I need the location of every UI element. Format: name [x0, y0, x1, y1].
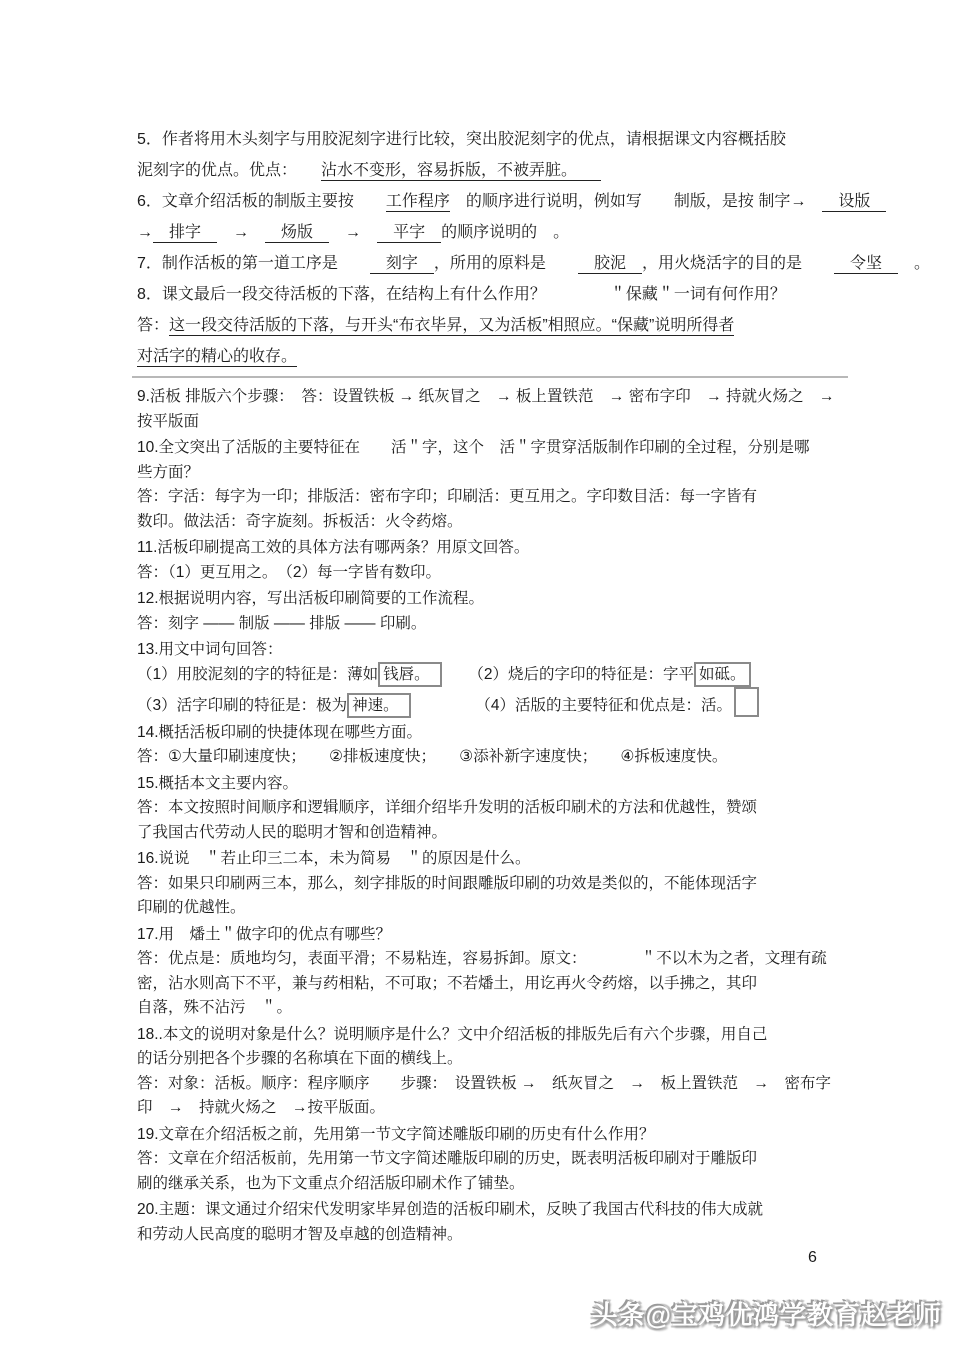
text-line: 答：文章在介绍活板前，先用第一节文字简述雕版印刷的历史，既表明活板印刷对于雕版印	[137, 1147, 849, 1172]
text-line: 印刷的优越性。	[137, 896, 849, 921]
text-line: （3）活字印刷的特征是：极为神速。 （4）活版的主要特征和优点是：活。	[137, 687, 849, 719]
text-line: → 排字 → 炀版 → 平字 的顺序说明的 。	[137, 217, 849, 248]
text-line: 答：这一段交待活版的下落，与开头“布衣毕昇，又为活板”相照应。“保藏”说明所得者	[137, 310, 849, 341]
text-run: 泥刻字的优点。优点：	[137, 162, 321, 179]
text-line: 5．作者将用木头刻字与用胶泥刻字进行比较，突出胶泥刻字的优点，请根据课文内容概括…	[137, 124, 849, 155]
text-run: 7．制作活板的第一道工序是	[137, 255, 370, 272]
text-run: 8．课文最后一段交待活板的下落，在结构上有什么作用？ ＂保藏＂一词有何作用？	[137, 286, 786, 303]
text-run: 15.概括本文主要内容。	[137, 775, 298, 792]
text-line: 的话分别把各个步骤的名称填在下面的横线上。	[137, 1047, 849, 1072]
text-line: 答：①大量印刷速度快； ②排板速度快； ③添补新字速度快； ④拆板速度快。	[137, 745, 849, 770]
text-line: 17.用 燔土＂做字印的优点有哪些？	[137, 923, 849, 948]
text-line: 16.说说 ＂若止印三二本，未为简易 ＂的原因是什么。	[137, 847, 849, 872]
text-run: 答：①大量印刷速度快； ②排板速度快； ③添补新字速度快； ④拆板速度快。	[137, 748, 727, 765]
text-run: 答：优点是：质地均匀，表面平滑；不易粘连，容易拆卸。原文： ＂不以木为之者，文理…	[137, 950, 827, 967]
text-line: 密，沾水则高下不平，兼与药相粘，不可取；不若燔土，用讫再火令药熔，以手拂之，其印	[137, 972, 849, 997]
text-run: 18..本文的说明对象是什么？说明顺序是什么？文中介绍活板的排版先后有六个步骤，…	[137, 1026, 767, 1043]
text-run: 的顺序说明的 。	[441, 224, 569, 241]
text-run: 14.概括活板印刷的快捷体现在哪些方面。	[137, 724, 422, 741]
underlined-answer: 对活字的精心的收存。	[137, 348, 297, 367]
boxed-answer: 如砥。	[694, 662, 751, 687]
text-run: 按平版面	[137, 413, 199, 430]
text-run: 密，沾水则高下不平，兼与药相粘，不可取；不若燔土，用讫再火令药熔，以手拂之，其印	[137, 975, 757, 992]
text-line: 18..本文的说明对象是什么？说明顺序是什么？文中介绍活板的排版先后有六个步骤，…	[137, 1023, 849, 1048]
text-run: 11.活板印刷提高工效的具体方法有哪两条？用原文回答。	[137, 539, 529, 556]
text-line: 了我国古代劳动人民的聪明才智和创造精神。	[137, 821, 849, 846]
text-run: 印 → 持就火炀之 →按平版面。	[137, 1099, 385, 1116]
text-run: 数印。做法活：奇字旋刻。拆板活：火令药熔。	[137, 513, 463, 530]
text-line: 答：优点是：质地均匀，表面平滑；不易粘连，容易拆卸。原文： ＂不以木为之者，文理…	[137, 947, 849, 972]
boxed-answer: 神速。	[347, 693, 411, 718]
text-line: 和劳动人民高度的聪明才智及卓越的创造精神。	[137, 1223, 849, 1248]
text-line: 10.全文突出了活版的主要特征在 活＂字，这个 活＂字贯穿活版制作印刷的全过程，…	[137, 436, 849, 461]
text-run: 答：本文按照时间顺序和逻辑顺序，详细介绍毕升发明的活板印刷术的方法和优越性，赞颂	[137, 799, 757, 816]
boxed-answer: 钱唇。	[378, 662, 442, 687]
text-line: 15.概括本文主要内容。	[137, 772, 849, 797]
text-line: 12.根据说明内容，写出活板印刷简要的工作流程。	[137, 587, 849, 612]
text-line: 14.概括活板印刷的快捷体现在哪些方面。	[137, 721, 849, 746]
text-run: 和劳动人民高度的聪明才智及卓越的创造精神。	[137, 1226, 463, 1243]
text-line: 答：如果只印刷两三本，那么，刻字排版的时间跟雕版印刷的功效是类似的，不能体现活字	[137, 872, 849, 897]
text-line: 19.文章在介绍活板之前，先用第一节文字简述雕版印刷的历史有什么作用？	[137, 1123, 849, 1148]
text-line: 7．制作活板的第一道工序是 刻字 ，所用的原料是 胶泥 ，用火烧活字的目的是 令…	[137, 248, 849, 279]
text-run: （2）烧后的字印的特征是：字平	[468, 666, 694, 683]
underlined-answer: 平字	[377, 224, 441, 243]
text-line: 答：本文按照时间顺序和逻辑顺序，详细介绍毕升发明的活板印刷术的方法和优越性，赞颂	[137, 796, 849, 821]
watermark: 头条@宝鸡优鸿学教育赵老师	[592, 1295, 942, 1332]
text-run: ，所用的原料是	[434, 255, 578, 272]
text-line: 8．课文最后一段交待活板的下落，在结构上有什么作用？ ＂保藏＂一词有何作用？	[137, 279, 849, 310]
text-line: 按平版面	[137, 410, 849, 435]
text-run: 17.用 燔土＂做字印的优点有哪些？	[137, 926, 391, 943]
text-line: 自落，殊不沾污 ＂。	[137, 996, 849, 1021]
text-run: （4）活版的主要特征和优点是：活。	[475, 697, 732, 714]
text-run: 6．文章介绍活板的制版主要按	[137, 193, 386, 210]
text-line: 泥刻字的优点。优点： 沾水不变形，容易拆版，不被弄脏。	[137, 155, 849, 186]
text-line: 数印。做法活：奇字旋刻。拆板活：火令药熔。	[137, 510, 849, 535]
text-line: 刷的继承关系，也为下文重点介绍活版印刷术作了铺垫。	[137, 1172, 849, 1197]
underlined-answer: 排字	[153, 224, 217, 243]
text-run: 答：字活：每字为一印；排版活：密布字印；印刷活：更互用之。字印数目活：每一字皆有	[137, 488, 757, 505]
section-divider	[132, 376, 848, 378]
text-line: 答：字活：每字为一印；排版活：密布字印；印刷活：更互用之。字印数目活：每一字皆有	[137, 485, 849, 510]
underlined-answer: 沾水不变形，容易拆版，不被弄脏。	[321, 162, 601, 181]
text-line: 对活字的精心的收存。	[137, 341, 849, 372]
text-run: 9.活板 排版六个步骤： 答：设置铁板 → 纸灰冒之 → 板上置铁范 → 密布字…	[137, 388, 835, 405]
text-run: 答：对象：活板。顺序：程序顺序 步骤： 设置铁板 → 纸灰冒之 → 板上置铁范 …	[137, 1075, 831, 1092]
underlined-answer: 刻字	[370, 255, 434, 274]
text-run: 刷的继承关系，也为下文重点介绍活版印刷术作了铺垫。	[137, 1175, 525, 1192]
underlined-answer: 令坚	[834, 255, 898, 274]
text-run: 的顺序进行说明，例如写 制版，是按 制字→	[450, 193, 822, 210]
text-run: 答：文章在介绍活板前，先用第一节文字简述雕版印刷的历史，既表明活板印刷对于雕版印	[137, 1150, 757, 1167]
text-run: 答：刻字 —— 制版 —— 排版 —— 印刷。	[137, 615, 426, 632]
text-line: 答：对象：活板。顺序：程序顺序 步骤： 设置铁板 → 纸灰冒之 → 板上置铁范 …	[137, 1072, 849, 1097]
underlined-answer: 设版	[822, 193, 886, 212]
text-run: 的话分别把各个步骤的名称填在下面的横线上。	[137, 1050, 463, 1067]
text-run: （3）活字印刷的特征是：极为	[137, 697, 347, 714]
text-run: 答：（1）更互用之。 （2）每一字皆有数印。	[137, 564, 441, 581]
empty-answer-box	[734, 687, 759, 717]
text-run: 19.文章在介绍活板之前，先用第一节文字简述雕版印刷的历史有什么作用？	[137, 1126, 655, 1143]
text-run: 。	[898, 255, 930, 272]
text-run: 答：	[137, 317, 169, 334]
text-run: 印刷的优越性。	[137, 899, 246, 916]
text-run: 答：如果只印刷两三本，那么，刻字排版的时间跟雕版印刷的功效是类似的，不能体现活字	[137, 875, 757, 892]
document-lines: 5．作者将用木头刻字与用胶泥刻字进行比较，突出胶泥刻字的优点，请根据课文内容概括…	[137, 124, 849, 1247]
text-line: （1）用胶泥刻的字的特征是：薄如钱唇。 （2）烧后的字印的特征是：字平如砥。	[137, 663, 849, 688]
text-line: 13.用文中词句回答：	[137, 638, 849, 663]
page-number: 6	[808, 1249, 817, 1267]
text-run: 些方面？	[137, 464, 199, 481]
text-run: 自落，殊不沾污 ＂。	[137, 999, 292, 1016]
text-run: 10.全文突出了活版的主要特征在 活＂字，这个 活＂字贯穿活版制作印刷的全过程，…	[137, 439, 810, 456]
text-run: 5．作者将用木头刻字与用胶泥刻字进行比较，突出胶泥刻字的优点，请根据课文内容概括…	[137, 131, 786, 148]
text-line: 些方面？	[137, 461, 849, 486]
text-run: ，用火烧活字的目的是	[642, 255, 834, 272]
text-line: 9.活板 排版六个步骤： 答：设置铁板 → 纸灰冒之 → 板上置铁范 → 密布字…	[137, 385, 849, 410]
text-run: →	[217, 224, 265, 241]
underlined-answer: 胶泥	[578, 255, 642, 274]
text-run: 12.根据说明内容，写出活板印刷简要的工作流程。	[137, 590, 484, 607]
text-run: 20.主题：课文通过介绍宋代发明家毕昇创造的活板印刷术，反映了我国古代科技的伟大…	[137, 1201, 763, 1218]
text-run: 了我国古代劳动人民的聪明才智和创造精神。	[137, 824, 447, 841]
text-line: 答：（1）更互用之。 （2）每一字皆有数印。	[137, 561, 849, 586]
text-run: （1）用胶泥刻的字的特征是：薄如	[137, 666, 378, 683]
underlined-answer: 炀版	[265, 224, 329, 243]
document-page: 5．作者将用木头刻字与用胶泥刻字进行比较，突出胶泥刻字的优点，请根据课文内容概括…	[0, 0, 956, 1353]
text-run: →	[329, 224, 377, 241]
text-run: →	[137, 224, 153, 241]
text-line: 20.主题：课文通过介绍宋代发明家毕昇创造的活板印刷术，反映了我国古代科技的伟大…	[137, 1198, 849, 1223]
text-line: 6．文章介绍活板的制版主要按 工作程序 的顺序进行说明，例如写 制版，是按 制字…	[137, 186, 849, 217]
underlined-answer: 工作程序	[386, 193, 450, 212]
text-line: 印 → 持就火炀之 →按平版面。	[137, 1096, 849, 1121]
text-line: 11.活板印刷提高工效的具体方法有哪两条？用原文回答。	[137, 536, 849, 561]
text-run: 16.说说 ＂若止印三二本，未为简易 ＂的原因是什么。	[137, 850, 531, 867]
underlined-answer: 这一段交待活版的下落，与开头“布衣毕昇，又为活板”相照应。“保藏”说明所得者	[169, 317, 734, 336]
text-line: 答：刻字 —— 制版 —— 排版 —— 印刷。	[137, 612, 849, 637]
text-run: 13.用文中词句回答：	[137, 641, 283, 658]
